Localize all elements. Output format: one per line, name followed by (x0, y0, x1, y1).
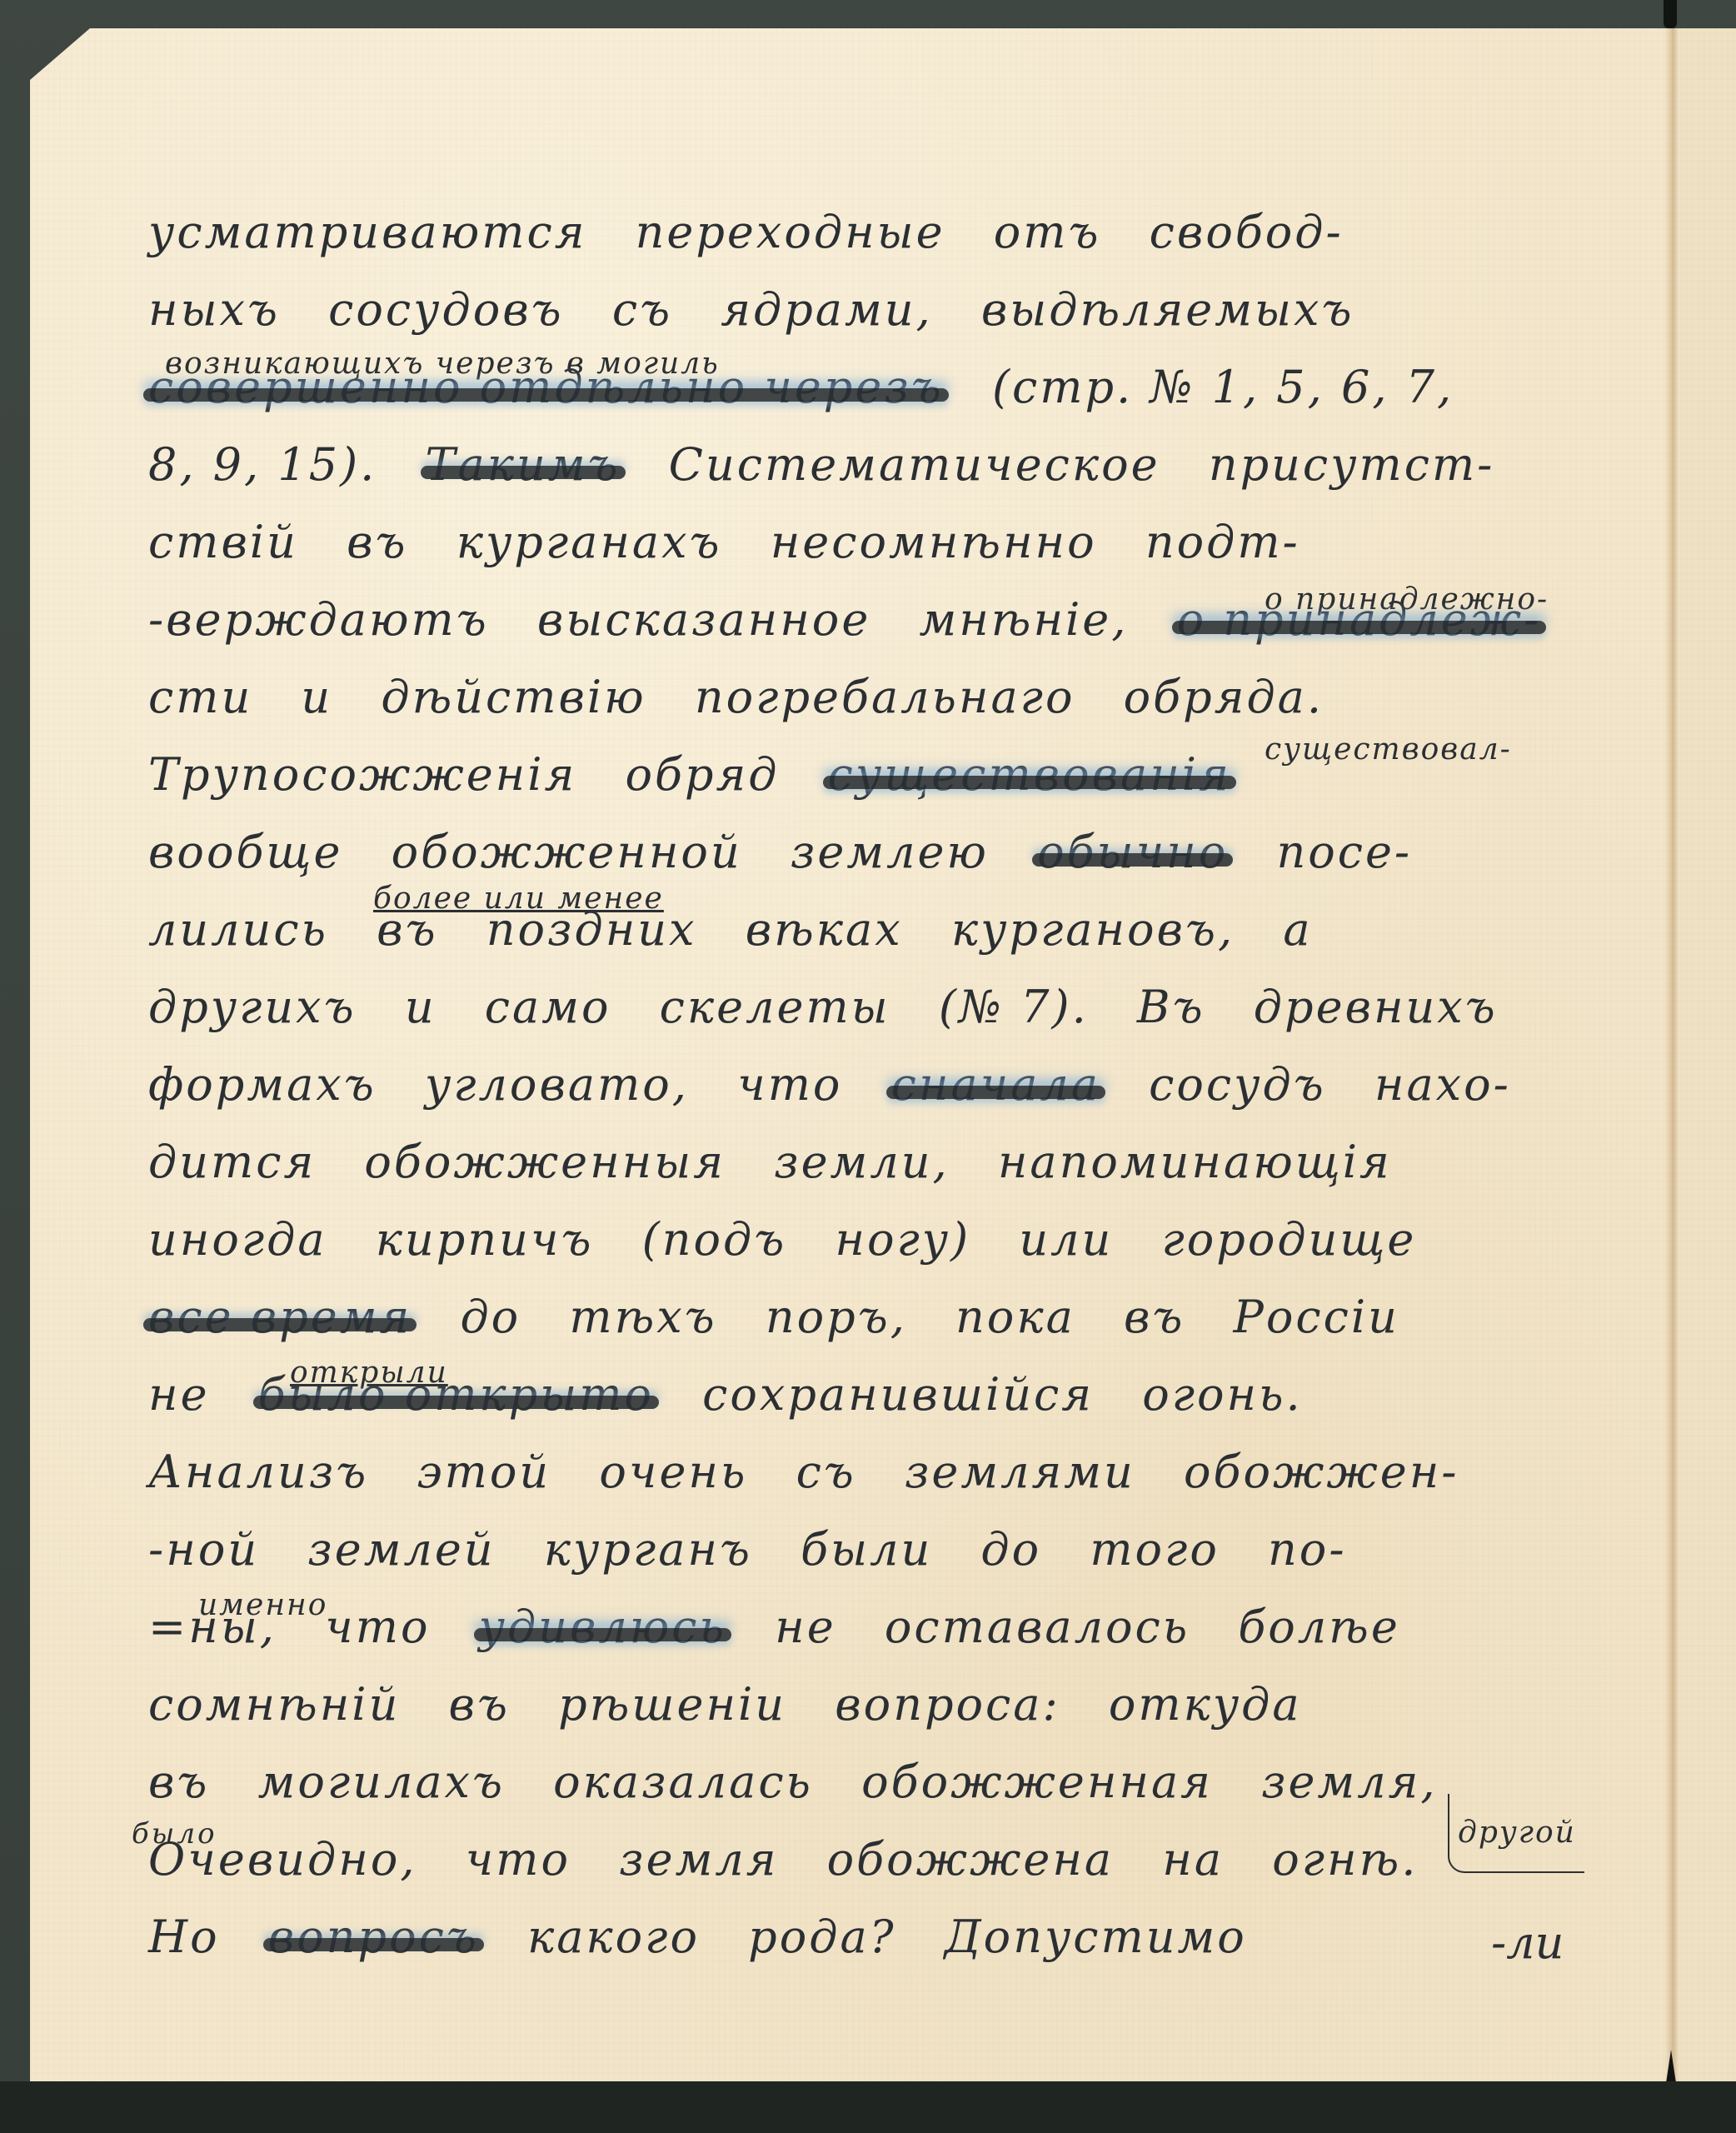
word: скелеты (660, 981, 890, 1033)
word: усматриваются (148, 206, 586, 258)
word: погребальнаго (695, 671, 1075, 723)
word: ствій (148, 516, 298, 568)
word: до (460, 1291, 521, 1343)
word: очень (599, 1446, 747, 1498)
word: посе- (1276, 826, 1412, 878)
word: земля, (1261, 1756, 1437, 1808)
word: городище (1161, 1213, 1416, 1266)
struck-out-text: обычно (1037, 813, 1228, 891)
manuscript-text: усматриваются переходные отъ свобод- ных… (148, 193, 1648, 1976)
text-line: именно =ны, что удивлюсь не оставалось б… (148, 1588, 1648, 1666)
struck-out-text: о принадлеж- (1177, 581, 1542, 658)
word: откуда (1109, 1678, 1302, 1731)
word: не (775, 1601, 836, 1653)
interlinear-insertion: другой (1448, 1794, 1584, 1873)
word: на (1162, 1833, 1224, 1886)
word: -верждаютъ (148, 593, 489, 646)
text-line: существовал- Трупосожженія обряд существ… (148, 736, 1648, 813)
word: земли, (774, 1136, 950, 1188)
word: землей (307, 1523, 495, 1576)
word: выдѣляемыхъ (981, 283, 1354, 336)
word: кирпичъ (376, 1213, 594, 1266)
word: ногу) (835, 1213, 970, 1266)
struck-out-text: существованія (828, 736, 1231, 813)
struck-out-text: сначала (891, 1046, 1100, 1123)
word: Въ (1137, 981, 1205, 1033)
text-line: возникающихъ черезъ в могиль совершенно … (148, 348, 1648, 426)
word: напоминающія (998, 1136, 1392, 1188)
text-line: дится обожженныя земли, напоминающія (148, 1123, 1648, 1201)
text-line: формахъ угловато, что сначала сосудъ нах… (148, 1046, 1648, 1123)
struck-out-text: было открыто (258, 1356, 654, 1433)
interlinear-insertion: именно (198, 1566, 327, 1644)
word: а (1283, 903, 1312, 956)
word: этой (417, 1446, 551, 1498)
word: въ (377, 903, 437, 956)
word: въ (347, 516, 407, 568)
word: нахо- (1374, 1058, 1511, 1111)
text-line: лились въ поздних вѣках кургановъ, а (148, 891, 1648, 968)
text-line: усматриваются переходные отъ свобод- (148, 193, 1648, 271)
word: оказалась (553, 1756, 813, 1808)
text-line: Но вопросъ какого рода? Допустимо (148, 1898, 1648, 1976)
word: какого (527, 1911, 700, 1963)
word: вѣках (746, 903, 903, 956)
word: землею (791, 826, 989, 878)
word: Трупосожженія (148, 748, 576, 801)
word: отъ (994, 206, 1101, 258)
text-line: о принадлежно- -верждаютъ высказанное мн… (148, 581, 1648, 658)
word: или (1019, 1213, 1113, 1266)
word: лились (148, 903, 328, 956)
text-line: сомнѣнiй въ рѣшенiи вопроса: откуда (148, 1666, 1648, 1743)
struck-out-text: совершенно отдѣльно черезъ (148, 348, 944, 426)
word: и (301, 671, 332, 723)
struck-out-text: вопросъ (268, 1898, 479, 1976)
word: Россiи (1234, 1291, 1399, 1343)
word: мнѣнiе, (919, 593, 1128, 646)
text-line: более или менее вообще обожженной землею… (148, 813, 1648, 891)
margin-note: было (132, 1796, 217, 1873)
word: вопроса: (835, 1678, 1060, 1731)
text-line: другихъ и само скелеты (№ 7). Въ древних… (148, 968, 1648, 1046)
word: поздних (486, 903, 697, 956)
word: пока (955, 1291, 1075, 1343)
word: рѣшенiи (558, 1678, 786, 1731)
word: присутст- (1209, 438, 1495, 491)
word: тѣхъ (569, 1291, 716, 1343)
word: того (1090, 1523, 1220, 1576)
struck-out-text: удивлюсь (479, 1588, 726, 1666)
word: другихъ (148, 981, 357, 1033)
word: высказанное (537, 593, 870, 646)
text-line: открыли не было открыто сохранившiйся ог… (148, 1356, 1648, 1433)
word: въ (449, 1678, 510, 1731)
word: землями (905, 1446, 1135, 1498)
word: земля (619, 1833, 778, 1886)
word: въ (1124, 1291, 1185, 1343)
word: сосудъ (1149, 1058, 1326, 1111)
word: обожженная (861, 1756, 1213, 1808)
word: сти (148, 671, 252, 723)
word: не (148, 1368, 210, 1421)
text-line: было другой Очевидно, что земля обожжена… (148, 1821, 1648, 1898)
word: (стр. № 1, 5, 6, 7, (992, 361, 1454, 413)
word: вообще (148, 826, 342, 878)
binding-spine-top (1664, 0, 1677, 28)
word: древнихъ (1254, 981, 1498, 1033)
word: кургановъ, (951, 903, 1235, 956)
word: сомнѣнiй (148, 1678, 400, 1731)
word: Но (148, 1911, 220, 1963)
word: несомнѣнно (771, 516, 1097, 568)
paper-fold-line (1664, 28, 1679, 2082)
word: Допустимо (945, 1911, 1247, 1963)
catchword-fragment: -ли (1491, 1916, 1564, 1969)
word: обряд (625, 748, 779, 801)
word: обожженныя (364, 1136, 726, 1188)
word: огонь. (1142, 1368, 1302, 1421)
word: съ (796, 1446, 856, 1498)
word: свобод- (1150, 206, 1344, 258)
word: что (737, 1058, 842, 1111)
word: угловато, (425, 1058, 689, 1111)
word: по- (1268, 1523, 1347, 1576)
adjacent-leaf-edge (1679, 28, 1736, 2082)
word: и (405, 981, 436, 1033)
word: сохранившiйся (702, 1368, 1094, 1421)
text-line: въ могилахъ оказалась обожженная земля, (148, 1743, 1648, 1821)
word: оставалось (885, 1601, 1190, 1653)
word: до (980, 1523, 1041, 1576)
word: огнѣ. (1272, 1833, 1418, 1886)
word: обожжена (827, 1833, 1114, 1886)
text-line: 8, 9, 15). Такимъ Систематическое присут… (148, 426, 1648, 503)
word: Систематическое (669, 438, 1160, 491)
word: были (801, 1523, 932, 1576)
word: формахъ (148, 1058, 377, 1111)
word: 8, 9, 15). (148, 438, 377, 491)
word: курганъ (544, 1523, 752, 1576)
word: рода? (748, 1911, 895, 1963)
word: поръ, (766, 1291, 907, 1343)
scan-bottom-edge (0, 2081, 1736, 2133)
word: болѣе (1238, 1601, 1399, 1653)
struck-out-text: Такимъ (426, 426, 621, 503)
word: что (325, 1601, 430, 1653)
word: обожжен- (1184, 1446, 1459, 1498)
word: Анализъ (148, 1446, 368, 1498)
word: переходные (636, 206, 945, 258)
word: ядрами, (721, 283, 932, 336)
word: дится (148, 1136, 316, 1188)
word: курганахъ (456, 516, 722, 568)
word: (подъ (642, 1213, 787, 1266)
word: что (466, 1833, 571, 1886)
word: (№ 7). (939, 981, 1089, 1033)
text-line: иногда кирпичъ (подъ ногу) или городище (148, 1201, 1648, 1278)
word: иногда (148, 1213, 327, 1266)
text-line: Анализъ этой очень съ землями обожжен- (148, 1433, 1648, 1511)
interlinear-insertion: существовал- (1265, 711, 1512, 788)
word: дѣйствiю (381, 671, 646, 723)
text-line: -ной землей курганъ были до того по- (148, 1511, 1648, 1588)
word: могилахъ (258, 1756, 505, 1808)
word: само (485, 981, 611, 1033)
